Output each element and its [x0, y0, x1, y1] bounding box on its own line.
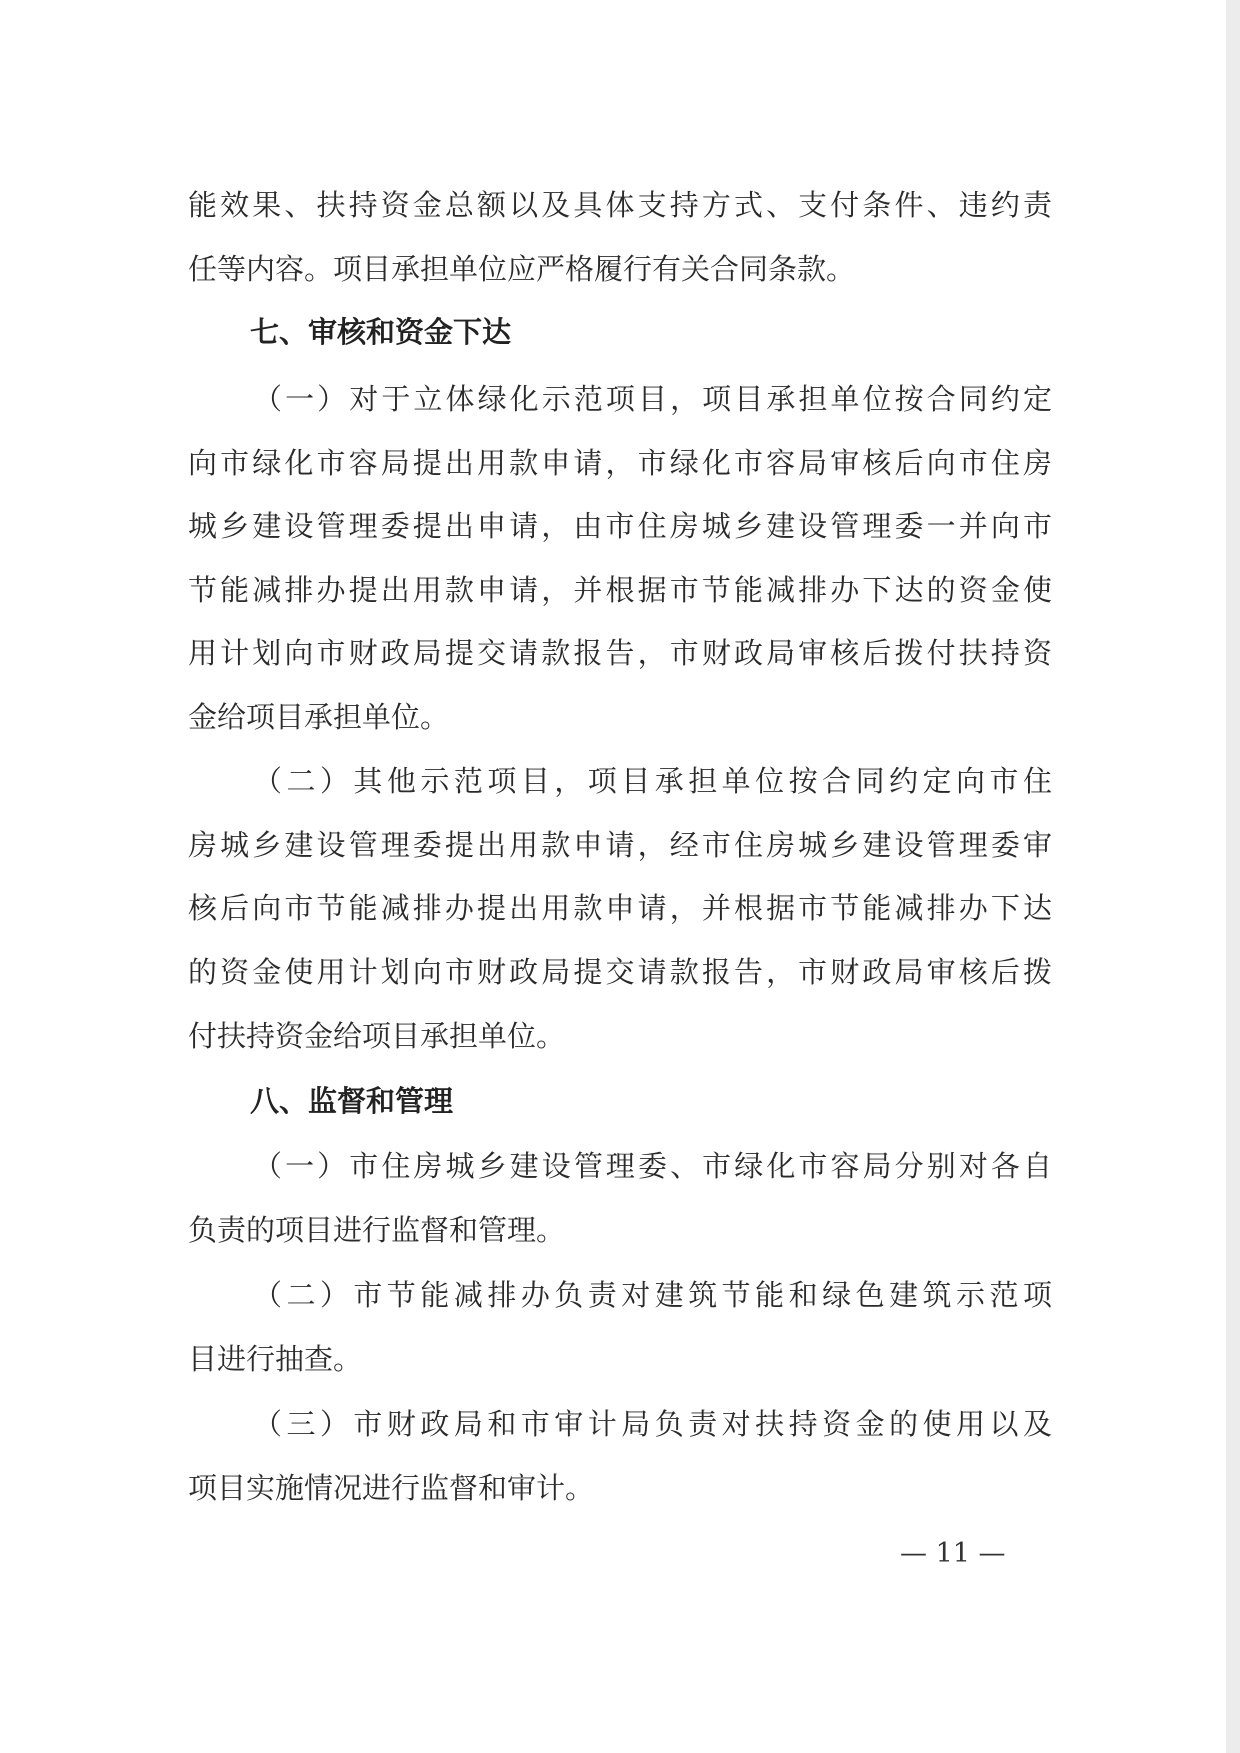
text-line: （三）市财政局和市审计局负责对扶持资金的使用以及: [253, 1401, 1052, 1447]
scan-edge: [1226, 0, 1240, 1753]
text-line: （二）市节能减排办负责对建筑节能和绿色建筑示范项: [253, 1272, 1052, 1318]
section-heading-8: 八、监督和管理: [250, 1078, 453, 1124]
text-line: 向市绿化市容局提出用款申请，市绿化市容局审核后向市住房: [188, 440, 1052, 486]
text-line: 项目实施情况进行监督和审计。: [188, 1465, 1052, 1511]
text-line: 节能减排办提出用款申请，并根据市节能减排办下达的资金使: [188, 567, 1052, 613]
text-line: 金给项目承担单位。: [188, 694, 1052, 740]
text-line: 用计划向市财政局提交请款报告，市财政局审核后拨付扶持资: [188, 630, 1052, 676]
text-line: 付扶持资金给项目承担单位。: [188, 1013, 1052, 1059]
text-line: （一）对于立体绿化示范项目，项目承担单位按合同约定: [253, 376, 1052, 422]
text-line: 任等内容。项目承担单位应严格履行有关合同条款。: [188, 246, 1052, 292]
text-line: 的资金使用计划向市财政局提交请款报告，市财政局审核后拨: [188, 949, 1052, 995]
text-line: 能效果、扶持资金总额以及具体支持方式、支付条件、违约责: [188, 182, 1052, 228]
text-line: 核后向市节能减排办提出用款申请，并根据市节能减排办下达: [188, 885, 1052, 931]
page-number: — 11 —: [900, 1538, 1006, 1569]
text-line: （二）其他示范项目，项目承担单位按合同约定向市住: [253, 758, 1052, 804]
text-line: 城乡建设管理委提出申请，由市住房城乡建设管理委一并向市: [188, 503, 1052, 549]
text-line: 目进行抽查。: [188, 1336, 1052, 1382]
text-line: 房城乡建设管理委提出用款申请，经市住房城乡建设管理委审: [188, 822, 1052, 868]
section-heading-7: 七、审核和资金下达: [250, 309, 511, 355]
text-line: 负责的项目进行监督和管理。: [188, 1207, 1052, 1253]
text-line: （一）市住房城乡建设管理委、市绿化市容局分别对各自: [253, 1143, 1052, 1189]
